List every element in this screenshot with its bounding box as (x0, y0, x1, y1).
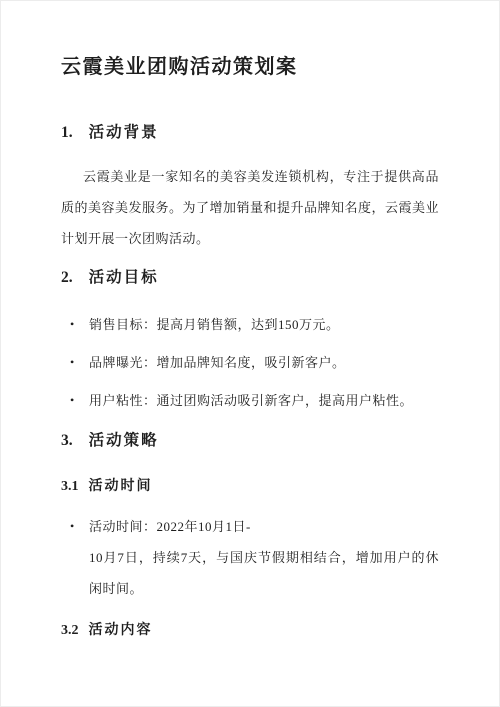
list-item-text: 活动时间：2022年10月1日- (89, 511, 439, 542)
list-item-text: 销售目标：提高月销售额，达到150万元。 (89, 317, 340, 332)
heading-number: 2. (61, 268, 73, 287)
heading-number: 3. (61, 431, 73, 450)
list-item: • 用户粘性：通过团购活动吸引新客户，提高用户粘性。 (61, 385, 439, 416)
subsection-heading-time: 3.1活动时间 (61, 478, 439, 496)
list-item: • 品牌曝光：增加品牌知名度，吸引新客户。 (61, 347, 439, 378)
list-item: • 销售目标：提高月销售额，达到150万元。 (61, 309, 439, 340)
heading-label: 活动时间 (89, 479, 153, 494)
section-heading-background: 1.活动背景 (61, 123, 439, 142)
goals-bullet-list: • 销售目标：提高月销售额，达到150万元。 • 品牌曝光：增加品牌知名度，吸引… (61, 309, 439, 416)
list-item-text: 品牌曝光：增加品牌知名度，吸引新客户。 (89, 355, 346, 370)
bullet-icon: • (70, 309, 75, 340)
heading-label: 活动背景 (89, 124, 159, 141)
heading-number: 1. (61, 123, 73, 142)
body-paragraph: 云霞美业是一家知名的美容美发连锁机构，专注于提供高品质的美容美发服务。为了增加销… (61, 161, 439, 254)
heading-label: 活动内容 (89, 623, 153, 638)
bullet-icon: • (70, 385, 75, 416)
heading-number: 3.2 (61, 622, 79, 640)
heading-label: 活动策略 (89, 432, 159, 449)
section-heading-goals: 2.活动目标 (61, 268, 439, 287)
time-bullet-list: • 活动时间：2022年10月1日- 10月7日，持续7天，与国庆节假期相结合，… (61, 511, 439, 604)
section-heading-strategy: 3.活动策略 (61, 431, 439, 450)
heading-label: 活动目标 (89, 269, 159, 286)
subsection-heading-content: 3.2活动内容 (61, 622, 439, 640)
heading-number: 3.1 (61, 478, 79, 496)
list-item: • 活动时间：2022年10月1日- 10月7日，持续7天，与国庆节假期相结合，… (61, 511, 439, 604)
list-item-text: 10月7日，持续7天，与国庆节假期相结合，增加用户的休闲时间。 (89, 542, 439, 604)
bullet-icon: • (70, 347, 75, 378)
list-item-text: 用户粘性：通过团购活动吸引新客户，提高用户粘性。 (89, 393, 413, 408)
page-title: 云霞美业团购活动策划案 (61, 55, 439, 79)
bullet-icon: • (70, 511, 75, 542)
document-page: 云霞美业团购活动策划案 1.活动背景 云霞美业是一家知名的美容美发连锁机构，专注… (0, 0, 500, 707)
